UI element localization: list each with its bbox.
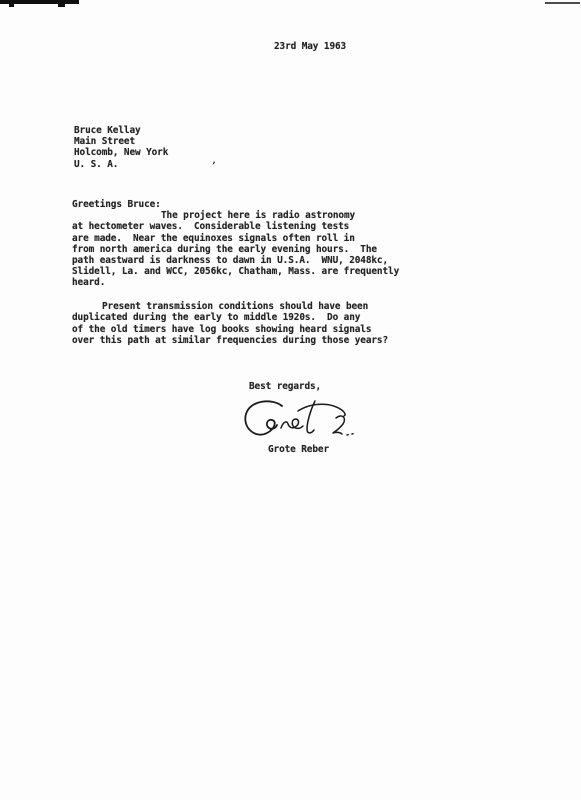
signature-typed-name: Grote Reber: [268, 444, 329, 455]
scanned-letter-page: 23rd May 1963 Bruce Kellay Main Street H…: [0, 0, 581, 800]
letter-date: 23rd May 1963: [274, 41, 346, 52]
paragraph-line: path eastward is darkness to dawn in U.S…: [72, 255, 432, 266]
paragraph-line: are made. Near the equinoxes signals oft…: [72, 233, 432, 244]
paragraph-line: The project here is radio astronomy: [72, 210, 432, 221]
paragraph-line: over this path at similar frequencies du…: [72, 335, 432, 346]
recipient-city: Holcomb, New York: [74, 147, 168, 158]
paragraph-1: The project here is radio astronomy at h…: [72, 210, 432, 288]
recipient-country: U. S. A.: [74, 159, 168, 170]
letter-body: Greetings Bruce: The project here is rad…: [72, 199, 432, 346]
paragraph-line: Slidell, La. and WCC, 2056kc, Chatham, M…: [72, 266, 432, 277]
salutation: Greetings Bruce:: [72, 199, 432, 210]
paragraph-line: heard.: [72, 277, 432, 288]
recipient-street: Main Street: [74, 136, 168, 147]
paragraph-2: Present transmission conditions should h…: [72, 301, 432, 346]
paragraph-line: at hectometer waves. Considerable listen…: [72, 221, 432, 232]
recipient-address-block: Bruce Kellay Main Street Holcomb, New Yo…: [74, 125, 168, 170]
paragraph-line: of the old timers have log books showing…: [72, 324, 432, 335]
scan-artifact-tick: [58, 3, 65, 7]
scan-artifact-top-right-line: [545, 2, 580, 4]
stray-mark: ’: [209, 160, 217, 172]
paragraph-line: duplicated during the early to middle 19…: [72, 312, 432, 323]
paragraph-line: Present transmission conditions should h…: [72, 301, 432, 312]
closing-line: Best regards,: [249, 381, 321, 392]
scan-artifact-tick: [9, 3, 14, 7]
paragraph-line: from north america during the early even…: [72, 244, 432, 255]
signature-handwriting: [236, 396, 354, 446]
recipient-name: Bruce Kellay: [74, 125, 168, 136]
